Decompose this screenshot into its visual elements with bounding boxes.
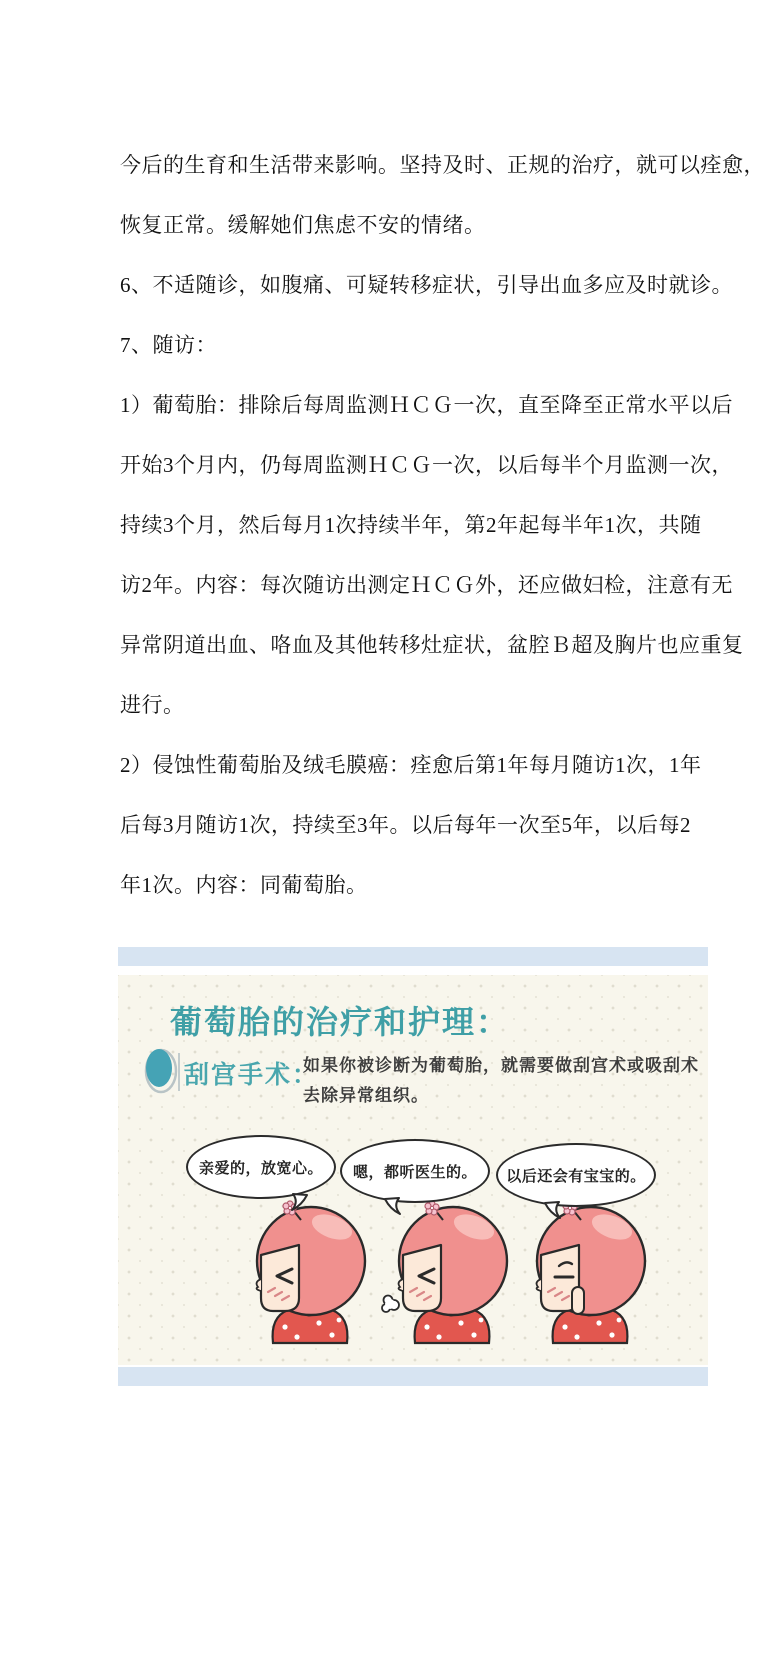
text-line: 7、随访： [120, 315, 680, 375]
illustration-canvas: 葡萄胎的治疗和护理： 刮宫手术： 如果你被诊断为葡萄胎，就需要做刮宫术或吸刮术 … [118, 975, 708, 1365]
bubble-tail [382, 1197, 402, 1217]
character-1 [257, 1201, 365, 1343]
text-line: 持续3个月，然后每月1次持续半年，第2年起每半年1次，共随 [120, 495, 680, 555]
bottom-divider-bar [118, 1367, 708, 1386]
article-text-block: 今后的生育和生活带来影响。坚持及时、正规的治疗，就可以痊愈， 恢复正常。缓解她们… [120, 135, 680, 915]
text-line: 后每3月随访1次，持续至3年。以后每年一次至5年，以后每2 [120, 795, 680, 855]
top-divider-bar [118, 947, 708, 966]
text-line: 开始3个月内，仍每周监测ＨＣＧ一次，以后每半个月监测一次， [120, 435, 680, 495]
speech-bubble: 亲爱的，放宽心。 [186, 1135, 336, 1199]
text-line: 访2年。内容：每次随访出测定ＨＣＧ外，还应做妇检，注意有无 [120, 555, 680, 615]
sigh-puff-icon [382, 1296, 399, 1313]
speech-bubble-text: 以后还会有宝宝的。 [506, 1165, 646, 1186]
text-line: 今后的生育和生活带来影响。坚持及时、正规的治疗，就可以痊愈， [120, 135, 680, 195]
speech-bubble-text: 嗯，都听医生的。 [353, 1161, 477, 1182]
speech-bubble: 嗯，都听医生的。 [340, 1139, 490, 1203]
bubble-tail [290, 1193, 310, 1213]
speech-bubble-text: 亲爱的，放宽心。 [199, 1157, 323, 1178]
illustration-title: 葡萄胎的治疗和护理： [170, 997, 510, 1043]
cartoon-characters [118, 1200, 708, 1350]
bullet-oval-icon [144, 1045, 184, 1095]
description-line: 如果你被诊断为葡萄胎，就需要做刮宫术或吸刮术 [303, 1051, 699, 1081]
text-line: 2）侵蚀性葡萄胎及绒毛膜癌：痊愈后第1年每月随访1次，1年 [120, 735, 680, 795]
character-3 [537, 1201, 645, 1343]
text-line: 6、不适随诊，如腹痛、可疑转移症状，引导出血多应及时就诊。 [120, 255, 680, 315]
text-line: 进行。 [120, 675, 680, 735]
text-line: 恢复正常。缓解她们焦虑不安的情绪。 [120, 195, 680, 255]
text-line: 异常阴道出血、咯血及其他转移灶症状，盆腔Ｂ超及胸片也应重复 [120, 615, 680, 675]
hand [572, 1287, 584, 1314]
section-label: 刮宫手术： [184, 1055, 319, 1091]
bubble-tail [542, 1201, 562, 1221]
character-2 [382, 1201, 507, 1343]
flower-antenna-icon [425, 1201, 439, 1215]
text-line: 1）葡萄胎：排除后每周监测ＨＣＧ一次，直至降至正常水平以后 [120, 375, 680, 435]
description-line: 去除异常组织。 [303, 1081, 699, 1111]
section-description: 如果你被诊断为葡萄胎，就需要做刮宫术或吸刮术 去除异常组织。 [303, 1051, 699, 1111]
illustration-card: 葡萄胎的治疗和护理： 刮宫手术： 如果你被诊断为葡萄胎，就需要做刮宫术或吸刮术 … [118, 947, 708, 1386]
text-line: 年1次。内容：同葡萄胎。 [120, 855, 680, 915]
speech-bubble: 以后还会有宝宝的。 [496, 1143, 656, 1207]
